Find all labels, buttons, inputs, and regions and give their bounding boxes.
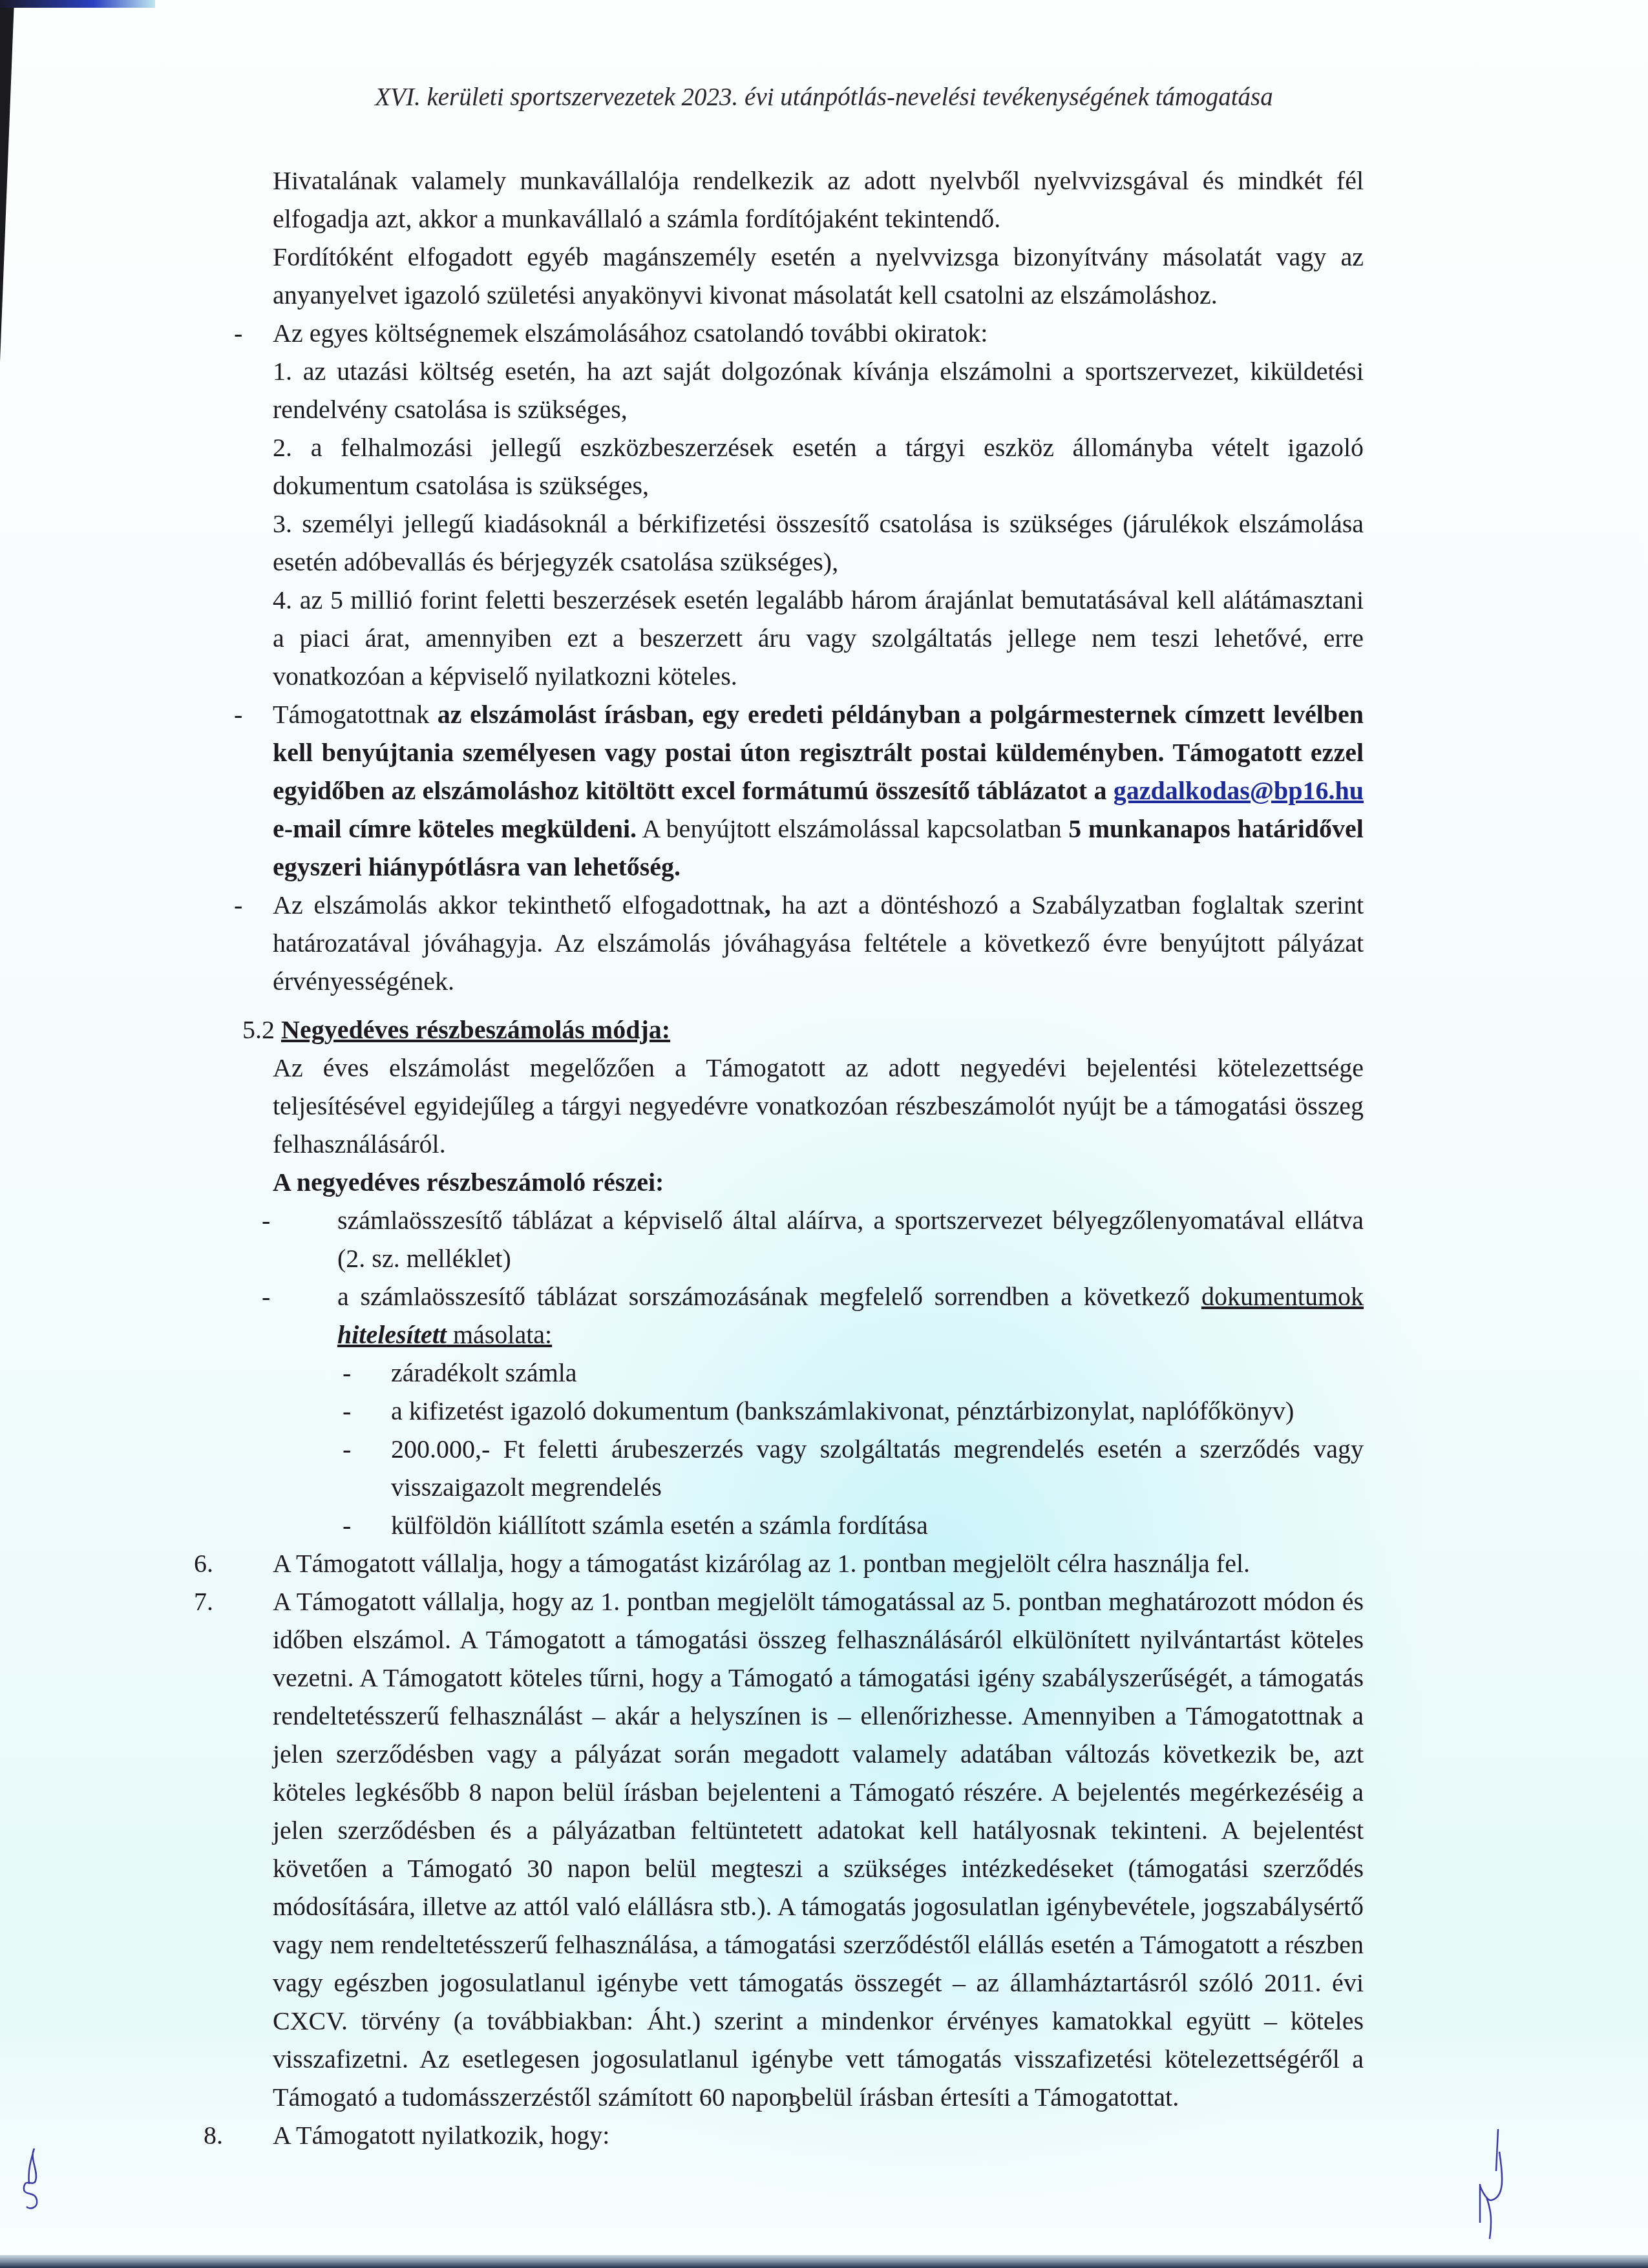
doc-item: - 200.000,- Ft feletti árubeszerzés vagy… <box>194 1430 1364 1506</box>
attachments-lead: Az egyes költségnemek elszámolásához csa… <box>273 314 1364 352</box>
point-number: 7. <box>194 1582 213 1621</box>
doc-item: - a kifizetést igazoló dokumentum (banks… <box>194 1392 1364 1430</box>
page-number: 3 <box>788 2088 801 2119</box>
signature-left-icon <box>10 2145 48 2216</box>
doc-item: - külföldön kiállított számla esetén a s… <box>194 1506 1364 1544</box>
part-item: - számlaösszesítő táblázat a képviselő á… <box>194 1201 1364 1277</box>
point-text: A Támogatott nyilatkozik, hogy: <box>273 2121 609 2150</box>
scan-edge-shadow <box>0 0 14 362</box>
acceptance-block: - Az elszámolás akkor tekinthető elfogad… <box>194 886 1364 1000</box>
dash-bullet: - <box>343 1430 351 1468</box>
docs-pre: dokumentumok <box>1201 1282 1364 1311</box>
dash-bullet: - <box>343 1506 351 1544</box>
section-5-2-body: Az éves elszámolást megelőzően a Támogat… <box>194 1049 1364 1163</box>
document-body: Hivatalának valamely munkavállalója rend… <box>194 162 1364 2154</box>
point-number: 8. <box>204 2116 223 2154</box>
parts-title: A negyedéves részbeszámoló részei: <box>194 1163 1364 1201</box>
section-number: 5.2 <box>242 1015 275 1044</box>
docs-post: másolata: <box>447 1320 552 1349</box>
dash-bullet: - <box>234 314 242 352</box>
intro-paragraph-1: Hivatalának valamely munkavállalója rend… <box>194 162 1364 238</box>
part-text: a számlaösszesítő táblázat sorszámozásán… <box>337 1282 1201 1311</box>
dash-bullet: - <box>262 1277 270 1316</box>
part-text: számlaösszesítő táblázat a képviselő ált… <box>337 1206 1364 1273</box>
doc-item: - záradékolt számla <box>194 1354 1364 1392</box>
email-link[interactable]: gazdalkodas@bp16.hu <box>1114 776 1364 805</box>
point-number: 6. <box>194 1544 213 1582</box>
submission-text-2: A benyújtott elszámolással kapcsolatban <box>637 814 1068 843</box>
submission-text: Támogatottnak <box>273 700 438 729</box>
point-8: 8. A Támogatott nyilatkozik, hogy: <box>194 2116 1364 2154</box>
scan-edge-top <box>0 0 155 8</box>
intro-paragraph-2: Fordítóként elfogadott egyéb magánszemél… <box>194 238 1364 314</box>
attachments-block: - Az egyes költségnemek elszámolásához c… <box>194 314 1364 695</box>
signature-right-icon <box>1461 2126 1512 2242</box>
section-5-2-heading: 5.2Negyedéves részbeszámolás módja: <box>194 1011 1364 1049</box>
dash-bullet: - <box>234 886 242 924</box>
acceptance-comma: , <box>765 890 771 919</box>
submission-block: - Támogatottnak az elszámolást írásban, … <box>194 695 1364 886</box>
doc-text: külföldön kiállított számla esetén a szá… <box>391 1511 928 1540</box>
point-7: 7. A Támogatott vállalja, hogy az 1. pon… <box>194 1582 1364 2116</box>
dash-bullet: - <box>343 1354 351 1392</box>
scan-bottom-edge <box>0 2255 1648 2268</box>
dash-bullet: - <box>343 1392 351 1430</box>
doc-text: 200.000,- Ft feletti árubeszerzés vagy s… <box>391 1434 1364 1502</box>
dash-bullet: - <box>262 1201 270 1239</box>
running-header: XVI. kerületi sportszervezetek 2023. évi… <box>255 83 1393 112</box>
section-title: Negyedéves részbeszámolás módja: <box>281 1015 670 1044</box>
point-6: 6. A Támogatott vállalja, hogy a támogat… <box>194 1544 1364 1582</box>
point-text: A Támogatott vállalja, hogy a támogatást… <box>273 1549 1250 1578</box>
dash-bullet: - <box>234 695 242 733</box>
doc-text: záradékolt számla <box>391 1358 577 1387</box>
attachment-item: 4. az 5 millió forint feletti beszerzése… <box>273 581 1364 695</box>
part-item: - a számlaösszesítő táblázat sorszámozás… <box>194 1277 1364 1354</box>
point-text: A Támogatott vállalja, hogy az 1. pontba… <box>273 1587 1364 2112</box>
doc-text: a kifizetést igazoló dokumentum (bankszá… <box>391 1396 1294 1425</box>
attachment-item: 3. személyi jellegű kiadásoknál a bérkif… <box>273 505 1364 581</box>
acceptance-text: Az elszámolás akkor tekinthető elfogadot… <box>273 890 765 919</box>
attachment-item: 1. az utazási költség esetén, ha azt saj… <box>273 352 1364 428</box>
docs-emphasis: hitelesített <box>337 1320 447 1349</box>
attachment-item: 2. a felhalmozási jellegű eszközbeszerzé… <box>273 428 1364 505</box>
submission-bold-text-2: e-mail címre köteles megküldeni. <box>273 814 637 843</box>
